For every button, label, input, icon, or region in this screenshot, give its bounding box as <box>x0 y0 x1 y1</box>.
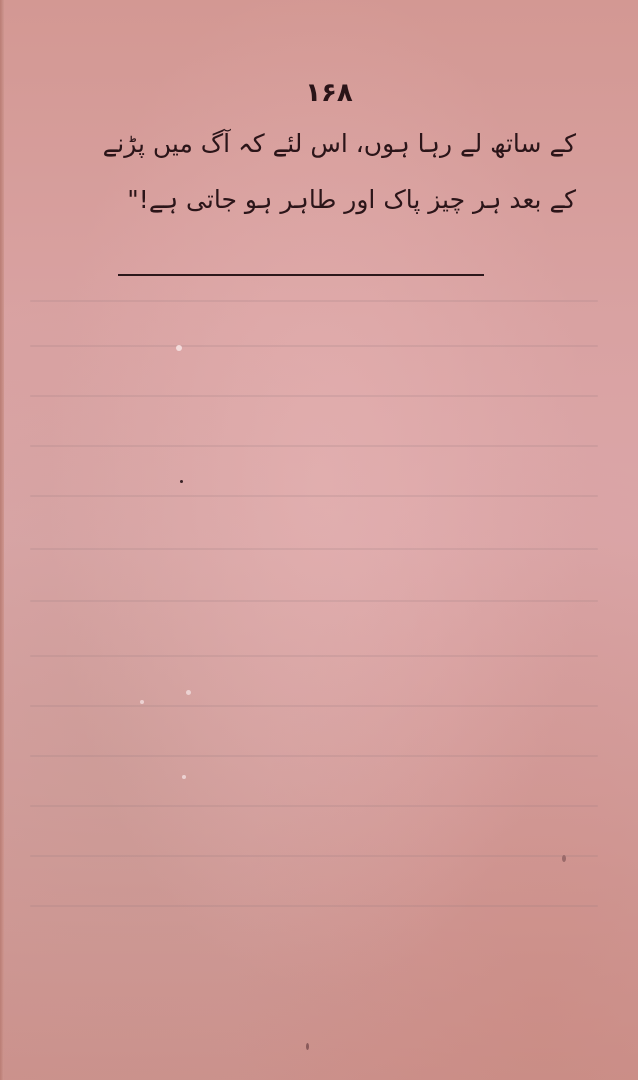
body-text: کے ساتھ لے رہا ہوں، اس لئے کہ آگ میں پڑن… <box>22 116 576 228</box>
scanned-book-page: ۱۶۸ کے ساتھ لے رہا ہوں، اس لئے کہ آگ میں… <box>0 0 638 1080</box>
bleed-through-line <box>30 495 598 497</box>
bleed-through-line <box>30 705 598 707</box>
bleed-through-line <box>30 345 598 347</box>
text-line: کے بعد ہر چیز پاک اور طاہر ہو جاتی ہے!" <box>22 172 576 228</box>
page-edge <box>0 0 4 1080</box>
paper-speck <box>186 690 191 695</box>
paper-speck <box>176 345 182 351</box>
bleed-through-line <box>30 905 598 907</box>
bleed-through-line <box>30 300 598 302</box>
bleed-through-line <box>30 855 598 857</box>
page-number: ۱۶۸ <box>0 78 638 108</box>
bleed-through-line <box>30 445 598 447</box>
paper-speck <box>562 855 566 862</box>
text-line: کے ساتھ لے رہا ہوں، اس لئے کہ آگ میں پڑن… <box>22 116 576 172</box>
bleed-through-line <box>30 755 598 757</box>
paper-speck <box>140 700 144 704</box>
bleed-through-line <box>30 395 598 397</box>
bleed-through-line <box>30 548 598 550</box>
bleed-through-line <box>30 655 598 657</box>
bleed-through-line <box>30 600 598 602</box>
paper-speck <box>180 480 183 483</box>
section-end-rule <box>118 274 484 276</box>
paper-speck <box>182 775 186 779</box>
bleed-through-line <box>30 805 598 807</box>
paper-speck <box>306 1043 309 1050</box>
